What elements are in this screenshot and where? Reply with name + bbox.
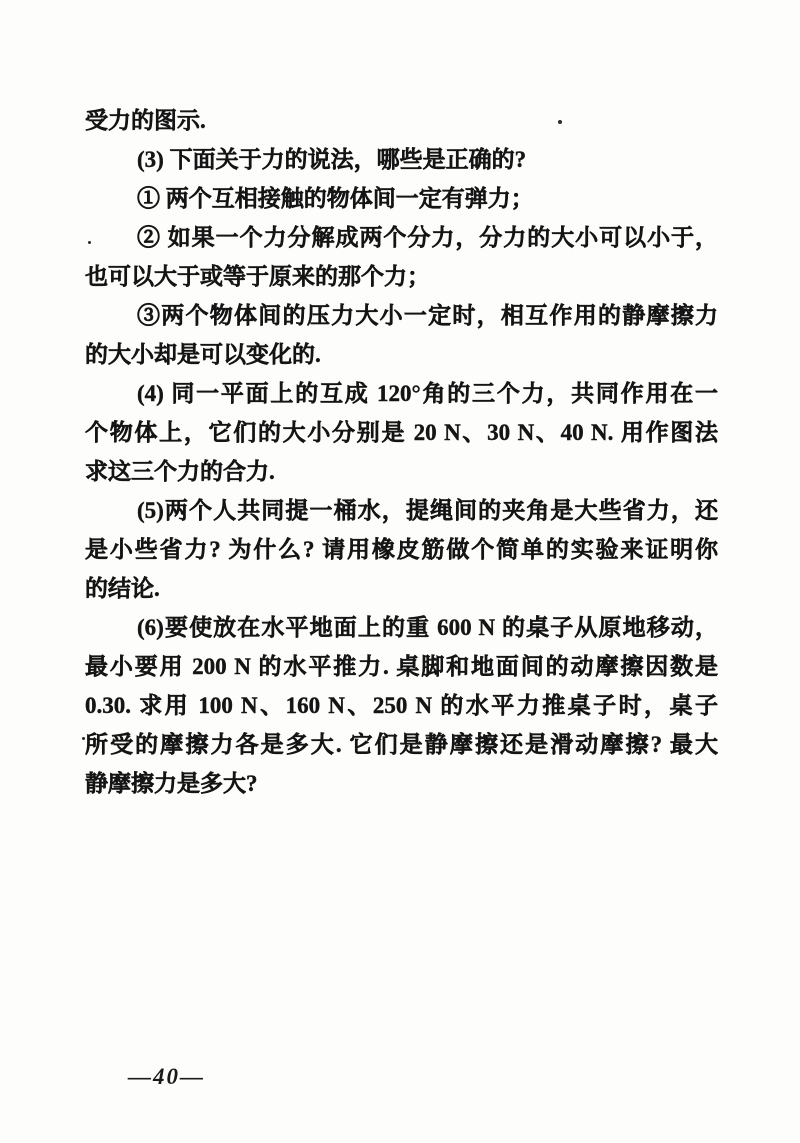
page-text-block: 受力的图示. (3) 下面关于力的说法，哪些是正确的? ① 两个互相接触的物体间…: [85, 101, 718, 803]
text-line: 也可以大于或等于原来的那个力；: [85, 257, 718, 296]
text-line: 0.30. 求用 100 N、160 N、250 N 的水平力推桌子时，桌子: [85, 686, 718, 725]
text-line: 求这三个力的合力.: [85, 452, 718, 491]
text-line: (5)两个人共同提一桶水，提绳间的夹角是大些省力，还: [85, 491, 718, 530]
book-page: 受力的图示. (3) 下面关于力的说法，哪些是正确的? ① 两个互相接触的物体间…: [0, 0, 800, 1143]
text-line: 是小些省力? 为什么? 请用橡皮筋做个简单的实验来证明你: [85, 530, 718, 569]
text-line: (3) 下面关于力的说法，哪些是正确的?: [85, 140, 718, 179]
scan-speck: [88, 241, 91, 244]
text-line: 的结论.: [85, 569, 718, 608]
text-line: 静摩擦力是多大?: [85, 764, 718, 803]
text-line: ① 两个互相接触的物体间一定有弹力；: [85, 179, 718, 218]
text-line: ② 如果一个力分解成两个分力，分力的大小可以小于，: [85, 218, 718, 257]
text-line: 所受的摩擦力各是多大. 它们是静摩擦还是滑动摩擦? 最大: [85, 725, 718, 764]
text-line: (6)要使放在水平地面上的重 600 N 的桌子从原地移动，: [85, 608, 718, 647]
scan-speck: [558, 120, 562, 124]
text-line: ③两个物体间的压力大小一定时，相互作用的静摩擦力: [85, 296, 718, 335]
text-line: (4) 同一平面上的互成 120°角的三个力，共同作用在一: [85, 374, 718, 413]
scan-speck: [82, 737, 85, 740]
text-line: 的大小却是可以变化的.: [85, 335, 718, 374]
text-line: 最小要用 200 N 的水平推力. 桌脚和地面间的动摩擦因数是: [85, 647, 718, 686]
page-number: —40—: [128, 1064, 205, 1090]
text-line: 个物体上，它们的大小分别是 20 N、30 N、40 N. 用作图法: [85, 413, 718, 452]
text-line: 受力的图示.: [85, 101, 718, 140]
